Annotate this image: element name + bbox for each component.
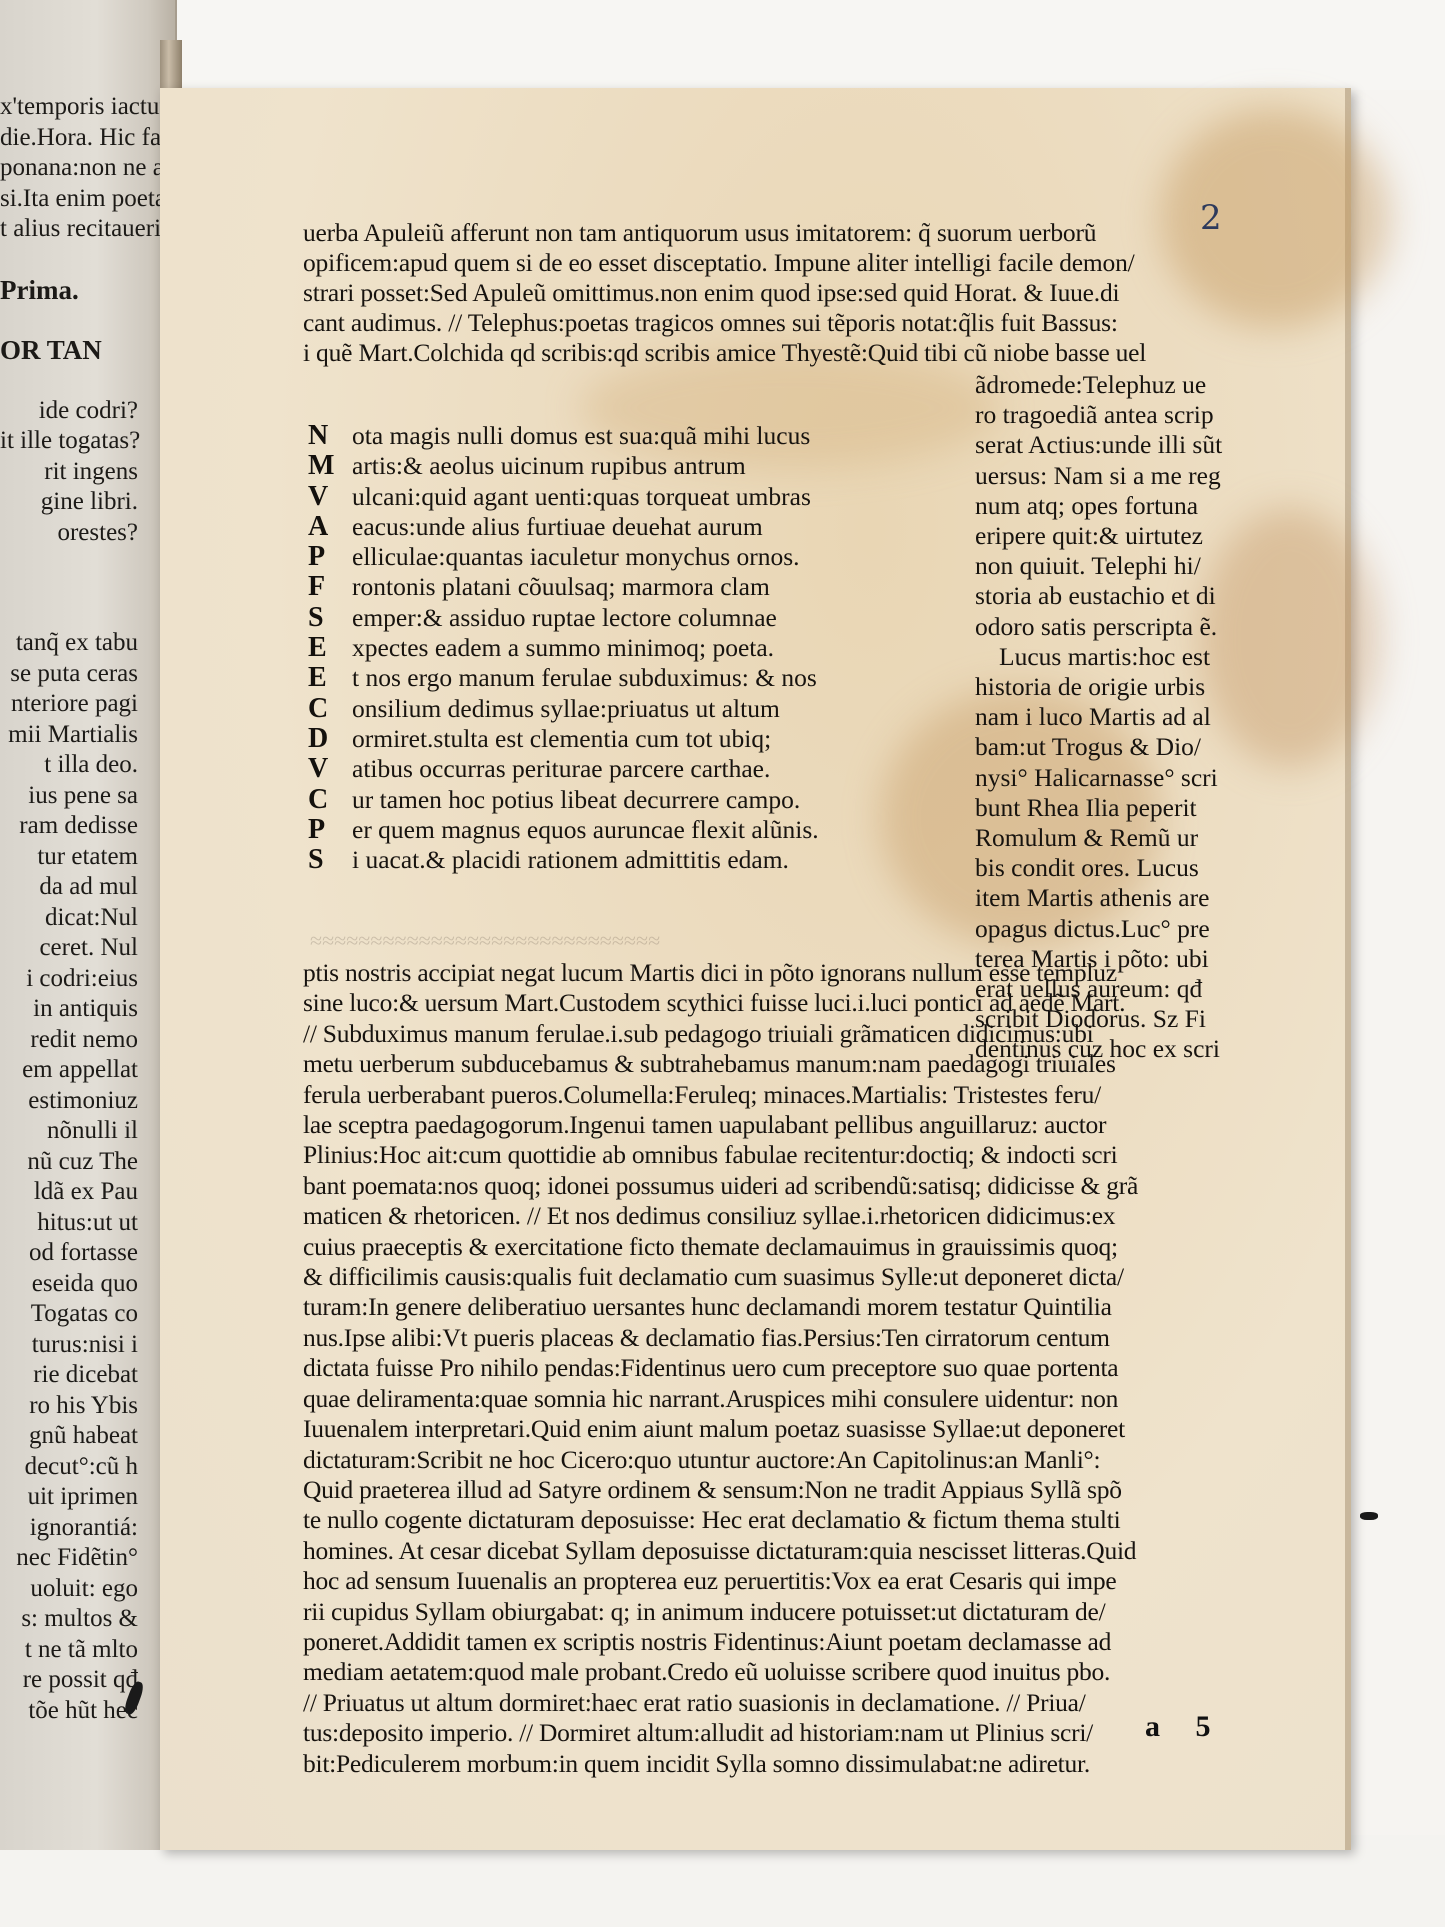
verse-line: Semper:& assiduo ruptae lectore columnae	[308, 602, 948, 632]
facing-commentary-line: Togatas co	[0, 1299, 170, 1330]
facing-commentary-line: re possit qđ	[0, 1665, 170, 1696]
commentary-line: Quid praeterea illud ad Satyre ordinem &…	[303, 1475, 1243, 1505]
facing-line: die.Hora. Hic fa	[0, 123, 170, 154]
signature-mark: a 5	[1145, 1710, 1225, 1744]
gloss-line: eripere quit:& uirtutez	[975, 521, 1235, 551]
facing-commentary-line: nõnulli il	[0, 1116, 170, 1147]
bleed-through-text: ≈≈≈≈≈≈≈≈≈≈≈≈≈≈≈≈≈≈≈≈≈≈≈≈≈≈≈≈≈	[310, 928, 660, 954]
commentary-line: poneret.Addidit tamen ex scriptis nostri…	[303, 1627, 1243, 1657]
facing-line: t alius recitauerit	[0, 214, 170, 245]
commentary-line: dictaturam:Scribit ne hoc Cicero:quo utu…	[303, 1445, 1243, 1475]
commentary-line: i quẽ Mart.Colchida qd scribis:qd scribi…	[303, 338, 1233, 368]
gloss-line: bis condit ores. Lucus	[975, 853, 1235, 883]
gloss-line: nam i luco Martis ad al	[975, 702, 1235, 732]
commentary-line: ptis nostris accipiat negat lucum Martis…	[303, 958, 1243, 988]
commentary-line: te nullo cogente dictaturam deposuisse: …	[303, 1505, 1243, 1535]
verse-initial: F	[308, 571, 352, 603]
commentary-line: sine luco:& uersum Mart.Custodem scythic…	[303, 988, 1243, 1018]
verse-line: Per quem magnus equos auruncae flexit al…	[308, 814, 948, 844]
gloss-line: item Martis athenis are	[975, 883, 1235, 913]
commentary-line: & difficilimis causis:qualis fuit declam…	[303, 1262, 1243, 1292]
commentary-line: turam:In genere deliberatiuo uersantes h…	[303, 1292, 1243, 1322]
facing-verse-line: rit ingens	[0, 457, 170, 488]
commentary-line: cant audimus. // Telephus:poetas tragico…	[303, 308, 1233, 338]
facing-commentary-line: redit nemo	[0, 1025, 170, 1056]
facing-commentary-line: mii Martialis	[0, 720, 170, 751]
facing-commentary-line: decut°:cũ h	[0, 1452, 170, 1483]
facing-commentary-line: tõe hũt hec	[0, 1696, 170, 1727]
verse-text: ur tamen hoc potius libeat decurrere cam…	[352, 785, 800, 815]
background-top	[0, 0, 1445, 90]
facing-commentary-line: uoluit: ego	[0, 1574, 170, 1605]
gloss-line: bam:ut Trogus & Dio/	[975, 732, 1235, 762]
gloss-line: uersus: Nam si a me reg	[975, 461, 1235, 491]
commentary-line: mediam aetatem:quod male probant.Credo e…	[303, 1657, 1243, 1687]
facing-commentary-line: in antiquis	[0, 994, 170, 1025]
verse-text: t nos ergo manum ferulae subduximus: & n…	[352, 663, 817, 693]
verse-text: emper:& assiduo ruptae lectore columnae	[352, 603, 777, 633]
facing-verse-line: ide codri?	[0, 396, 170, 427]
gloss-line: odoro satis perscripta ẽ.	[975, 612, 1235, 642]
verse-text: elliculae:quantas iaculetur monychus orn…	[352, 542, 800, 572]
gloss-line: nysi° Halicarnasse° scri	[975, 763, 1235, 793]
verse-initial: A	[308, 511, 352, 543]
commentary-line: cuius praeceptis & exercitatione ficto t…	[303, 1232, 1243, 1262]
verse-line: Consilium dedimus syllae:priuatus ut alt…	[308, 693, 948, 723]
facing-commentary-line: s: multos &	[0, 1604, 170, 1635]
facing-commentary-line: em appellat	[0, 1055, 170, 1086]
facing-commentary-line: tanq̃ ex tabu	[0, 628, 170, 659]
facing-commentary-line: ldã ex Pau	[0, 1177, 170, 1208]
verse-text: eacus:unde alius furtiuae deuehat aurum	[352, 512, 763, 542]
commentary-line: rii cupidus Syllam obiurgabat: q; in ani…	[303, 1597, 1243, 1627]
commentary-line: Plinius:Hoc ait:cum quottidie ab omnibus…	[303, 1140, 1243, 1170]
verse-line: Vulcani:quid agant uenti:quas torqueat u…	[308, 481, 948, 511]
facing-commentary-line: dicat:Nul	[0, 903, 170, 934]
facing-commentary-line: t ne tã mlto	[0, 1635, 170, 1666]
facing-commentary-line: nec Fidẽtin°	[0, 1543, 170, 1574]
gloss-line: Romulum & Remũ ur	[975, 823, 1235, 853]
facing-line: si.Ita enim poetae	[0, 184, 170, 215]
verse-line: Aeacus:unde alius furtiuae deuehat aurum	[308, 511, 948, 541]
verse-initial: V	[308, 753, 352, 785]
verse-initial: D	[308, 723, 352, 755]
verse-line: Vatibus occurras periturae parcere carth…	[308, 753, 948, 783]
facing-commentary-line: nũ cuz The	[0, 1147, 170, 1178]
gloss-line: serat Actius:unde illi sũt	[975, 430, 1235, 460]
commentary-line: // Subduximus manum ferulae.i.sub pedago…	[303, 1019, 1243, 1049]
verse-line: Expectes eadem a summo minimoq; poeta.	[308, 632, 948, 662]
verse-initial: V	[308, 481, 352, 513]
verse-line: Martis:& aeolus uicinum rupibus antrum	[308, 450, 948, 480]
verse-initial: E	[308, 662, 352, 694]
facing-commentary-line: da ad mul	[0, 872, 170, 903]
verse-block: Nota magis nulli domus est sua:quã mihi …	[308, 420, 948, 874]
verse-line: Cur tamen hoc potius libeat decurrere ca…	[308, 784, 948, 814]
verse-text: rontonis platani cõuulsaq; marmora clam	[352, 572, 770, 602]
facing-commentary-line: i codri:eius	[0, 964, 170, 995]
gloss-line: storia ab eustachio et di	[975, 581, 1235, 611]
verse-initial: E	[308, 632, 352, 664]
verse-initial: P	[308, 541, 352, 573]
facing-verse-line: it ille togatas?	[0, 426, 170, 457]
verse-text: atibus occurras periturae parcere cartha…	[352, 754, 770, 784]
verse-initial: S	[308, 844, 352, 876]
verse-initial: M	[308, 450, 352, 482]
facing-page-left: x'temporis iactura die.Hora. Hic fa pona…	[0, 0, 177, 1850]
verse-initial: N	[308, 420, 352, 452]
verse-line: Pelliculae:quantas iaculetur monychus or…	[308, 541, 948, 571]
facing-commentary-line: uit iprimen	[0, 1482, 170, 1513]
verse-text: ota magis nulli domus est sua:quã mihi l…	[352, 421, 810, 451]
verse-line: Nota magis nulli domus est sua:quã mihi …	[308, 420, 948, 450]
verse-text: i uacat.& placidi rationem admittitis ed…	[352, 845, 789, 875]
commentary-line: ferula uerberabant pueros.Columella:Feru…	[303, 1080, 1243, 1110]
facing-commentary-line: se puta ceras	[0, 659, 170, 690]
ink-blot	[1360, 1512, 1378, 1520]
facing-commentary-line: ram dedisse	[0, 811, 170, 842]
facing-commentary-line: nteriore pagi	[0, 689, 170, 720]
commentary-line: opificem:apud quem si de eo esset discep…	[303, 248, 1233, 278]
verse-text: artis:& aeolus uicinum rupibus antrum	[352, 451, 746, 481]
commentary-line: strari posset:Sed Apuleũ omittimus.non e…	[303, 278, 1233, 308]
verse-line: Frontonis platani cõuulsaq; marmora clam	[308, 571, 948, 601]
facing-commentary-line: t illa deo.	[0, 750, 170, 781]
facing-commentary-line: eseida quo	[0, 1269, 170, 1300]
verse-line: Si uacat.& placidi rationem admittitis e…	[308, 844, 948, 874]
facing-commentary-line: hitus:ut ut	[0, 1208, 170, 1239]
facing-commentary-line: ius pene sa	[0, 781, 170, 812]
verse-initial: S	[308, 602, 352, 634]
facing-commentary-line: gnũ habeat	[0, 1421, 170, 1452]
verse-initial: C	[308, 693, 352, 725]
facing-verse-line: gine libri.	[0, 487, 170, 518]
verse-line: Dormiret.stulta est clementia cum tot ub…	[308, 723, 948, 753]
gloss-line: non quiuit. Telephi hi/	[975, 551, 1235, 581]
commentary-line: homines. At cesar dicebat Syllam deposui…	[303, 1536, 1243, 1566]
verse-text: er quem magnus equos auruncae flexit alũ…	[352, 815, 819, 845]
commentary-line: Iuuenalem interpretari.Quid enim aiunt m…	[303, 1414, 1243, 1444]
commentary-bottom: ptis nostris accipiat negat lucum Martis…	[303, 958, 1243, 1779]
facing-commentary-line: estimoniuz	[0, 1086, 170, 1117]
facing-commentary-line: ro his Ybis	[0, 1391, 170, 1422]
commentary-line: tus:deposito imperio. // Dormiret altum:…	[303, 1718, 1243, 1748]
verse-line: Et nos ergo manum ferulae subduximus: & …	[308, 662, 948, 692]
verse-text: xpectes eadem a summo minimoq; poeta.	[352, 633, 774, 663]
facing-commentary-line: tur etatem	[0, 842, 170, 873]
verse-text: ulcani:quid agant uenti:quas torqueat um…	[352, 482, 811, 512]
gloss-line: historia de origie urbis	[975, 672, 1235, 702]
gloss-line: bunt Rhea Ilia peperit	[975, 793, 1235, 823]
facing-commentary-line: rie dicebat	[0, 1360, 170, 1391]
gloss-line: num atq; opes fortuna	[975, 491, 1235, 521]
facing-page-text: x'temporis iactura die.Hora. Hic fa pona…	[0, 92, 170, 1726]
commentary-line: // Priuatus ut altum dormiret:haec erat …	[303, 1688, 1243, 1718]
commentary-line: bit:Pediculerem morbum:in quem incidit S…	[303, 1749, 1243, 1779]
gloss-line: ãdromede:Telephuz ue	[975, 370, 1235, 400]
gloss-line: opagus dictus.Luc° pre	[975, 914, 1235, 944]
facing-commentary-line: turus:nisi i	[0, 1330, 170, 1361]
facing-heading: Prima.	[0, 275, 170, 306]
facing-verse-line: orestes?	[0, 518, 170, 549]
commentary-line: uerba Apuleiũ afferunt non tam antiquoru…	[303, 218, 1233, 248]
commentary-line: maticen & rhetoricen. // Et nos dedimus …	[303, 1201, 1243, 1231]
commentary-line: bant poemata:nos quoq; idonei possumus u…	[303, 1171, 1243, 1201]
facing-title-fragment: OR TAN	[0, 335, 170, 366]
commentary-line: quae deliramenta:quae somnia hic narrant…	[303, 1384, 1243, 1414]
commentary-line: dictata fuisse Pro nihilo pendas:Fidenti…	[303, 1353, 1243, 1383]
verse-initial: P	[308, 814, 352, 846]
gloss-line: Lucus martis:hoc est	[975, 642, 1235, 672]
verse-initial: C	[308, 784, 352, 816]
facing-line: ponana:non ne ali	[0, 153, 170, 184]
commentary-line: nus.Ipse alibi:Vt pueris placeas & decla…	[303, 1323, 1243, 1353]
commentary-line: hoc ad sensum Iuuenalis an propterea euz…	[303, 1566, 1243, 1596]
facing-commentary-line: ignorantiá:	[0, 1513, 170, 1544]
commentary-top: uerba Apuleiũ afferunt non tam antiquoru…	[303, 218, 1233, 368]
verse-text: onsilium dedimus syllae:priuatus ut altu…	[352, 694, 780, 724]
facing-line: x'temporis iactura	[0, 92, 170, 123]
commentary-line: lae sceptra paedagogorum.Ingenui tamen u…	[303, 1110, 1243, 1140]
facing-commentary-line: ceret. Nul	[0, 933, 170, 964]
gloss-line: ro tragoediã antea scrip	[975, 400, 1235, 430]
facing-commentary-line: od fortasse	[0, 1238, 170, 1269]
verse-text: ormiret.stulta est clementia cum tot ubi…	[352, 724, 771, 754]
commentary-line: metu uerberum subducebamus & subtrahebam…	[303, 1049, 1243, 1079]
